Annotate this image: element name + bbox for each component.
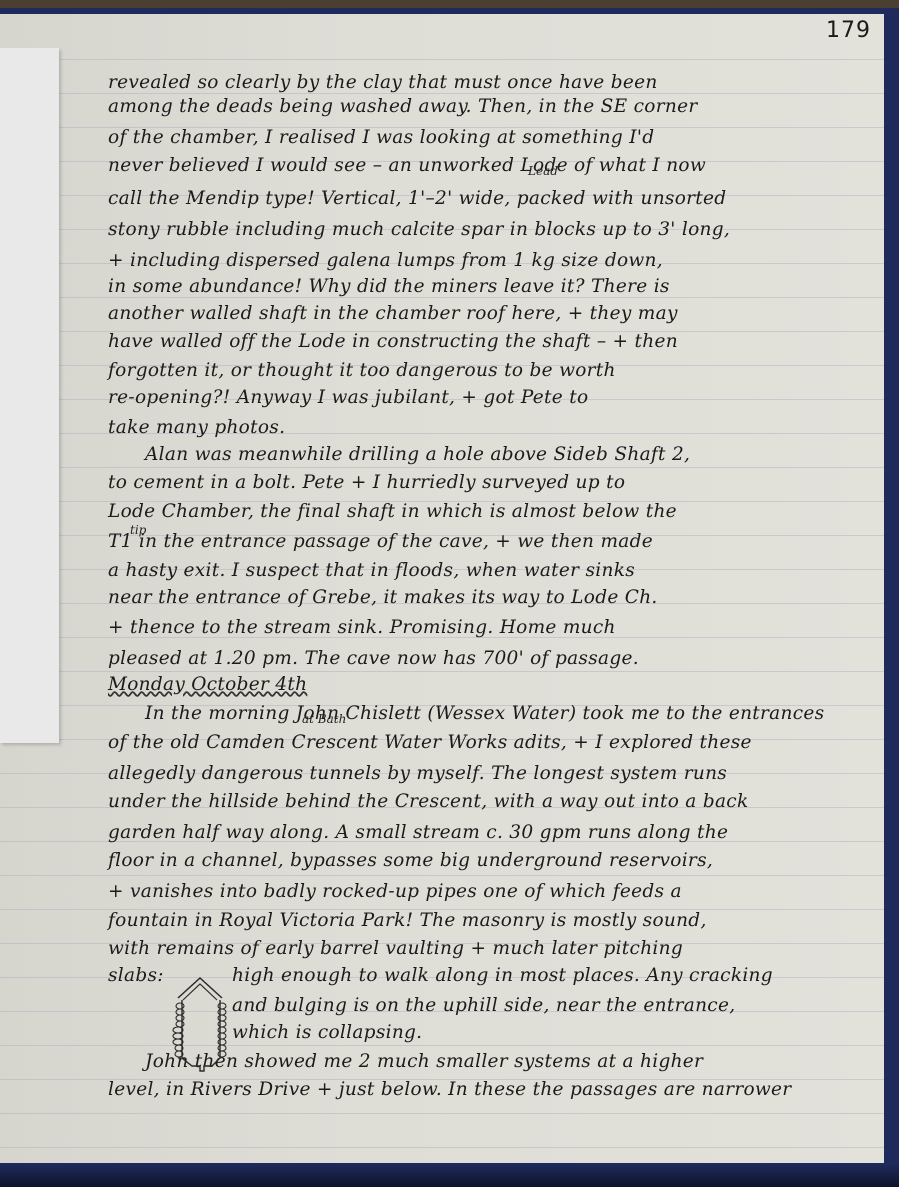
text-line: have walled off the Lode in constructing…	[108, 331, 678, 352]
text-line: with remains of early barrel vaulting + …	[108, 938, 683, 959]
text-line: allegedly dangerous tunnels by myself. T…	[108, 763, 727, 784]
text-line: near the entrance of Grebe, it makes its…	[108, 587, 658, 608]
text-line: among the deads being washed away. Then,…	[108, 96, 697, 117]
text-line: Alan was meanwhile drilling a hole above…	[145, 444, 690, 465]
text-line: under the hillside behind the Crescent, …	[108, 791, 748, 812]
text-line: + thence to the stream sink. Promising. …	[108, 617, 616, 638]
tunnel-cross-section-sketch	[170, 976, 230, 1076]
text-line: forgotten it, or thought it too dangerou…	[108, 360, 616, 381]
text-line: fountain in Royal Victoria Park! The mas…	[108, 910, 707, 931]
insertion-at-bath: at Bath	[302, 712, 346, 726]
text-line: slabs:	[108, 965, 164, 986]
text-line: another walled shaft in the chamber roof…	[108, 303, 678, 324]
text-line: call the Mendip type! Vertical, 1'–2' wi…	[108, 188, 726, 209]
text-line: floor in a channel, bypasses some big un…	[108, 850, 713, 871]
text-line: T1 in the entrance passage of the cave, …	[108, 531, 653, 552]
text-line: Lode Chamber, the final shaft in which i…	[108, 501, 677, 522]
text-line: take many photos.	[108, 417, 285, 438]
text-line: revealed so clearly by the clay that mus…	[108, 72, 658, 93]
text-line: In the morning John Chislett (Wessex Wat…	[145, 703, 824, 724]
text-line: and bulging is on the uphill side, near …	[232, 995, 735, 1016]
binding-edge-right	[884, 14, 899, 1174]
text-line: a hasty exit. I suspect that in floods, …	[108, 560, 635, 581]
text-line: never believed I would see – an unworked…	[108, 155, 706, 176]
text-line: garden half way along. A small stream c.…	[108, 822, 728, 843]
text-line: to cement in a bolt. Pete + I hurriedly …	[108, 472, 625, 493]
text-line: which is collapsing.	[232, 1022, 422, 1043]
inserted-paper-slip	[0, 48, 59, 743]
text-line: stony rubble including much calcite spar…	[108, 219, 730, 240]
insertion-lead: Lead	[528, 164, 558, 178]
text-line: level, in Rivers Drive + just below. In …	[108, 1079, 791, 1100]
text-line: in some abundance! Why did the miners le…	[108, 276, 670, 297]
text-line: re-opening?! Anyway I was jubilant, + go…	[108, 387, 588, 408]
text-line: high enough to walk along in most places…	[232, 965, 773, 986]
binding-edge-bottom	[0, 1163, 899, 1187]
page-number: 179	[826, 18, 871, 43]
text-line: of the chamber, I realised I was looking…	[108, 127, 654, 148]
text-line: pleased at 1.20 pm. The cave now has 700…	[108, 648, 639, 669]
date-heading: Monday October 4th	[108, 674, 307, 695]
text-line: + vanishes into badly rocked-up pipes on…	[108, 881, 682, 902]
text-line: of the old Camden Crescent Water Works a…	[108, 732, 752, 753]
text-line: + including dispersed galena lumps from …	[108, 250, 663, 271]
insertion-tip: tip	[130, 523, 146, 537]
